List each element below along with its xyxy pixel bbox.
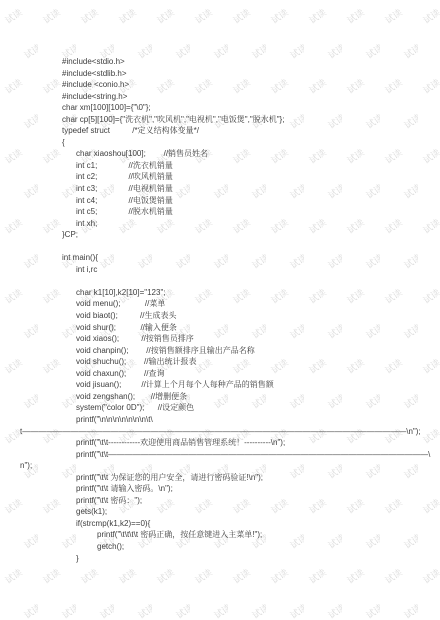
- code-line: void shur(); //输入便条: [20, 322, 438, 334]
- code-line: int c5; //脱水机销量: [20, 206, 438, 218]
- code-line: void shuchu(); //输出统计报表: [20, 356, 438, 368]
- code-line: int main(){: [20, 252, 438, 264]
- document-page: 试读 试读 #include<stdio.h>#include<stdlib.h…: [0, 0, 440, 620]
- code-line: [20, 241, 438, 253]
- code-line: void xiaos(); //按销售员排序: [20, 333, 438, 345]
- code-line: printf("\t\t\t\t 密码正确，按任意键进入主菜单!");: [20, 529, 438, 541]
- code-line: int c3; //电视机销量: [20, 183, 438, 195]
- code-line: printf("\t\t 密码：");: [20, 495, 438, 507]
- code-line: int i,rc: [20, 264, 438, 276]
- code-line: void zengshan(); //增删便条: [20, 391, 438, 403]
- code-line: printf("\t\t 请输入密码。\n");: [20, 483, 438, 495]
- code-line: #include <conio.h>: [20, 79, 438, 91]
- code-line: #include<string.h>: [20, 91, 438, 103]
- code-line: typedef struct /*定义结构体变量*/: [20, 125, 438, 137]
- code-line: }CP;: [20, 229, 438, 241]
- code-line: printf("\t\t————————————————————————————…: [20, 449, 438, 461]
- code-line: t———————————————————————————————————————…: [20, 426, 438, 438]
- code-line: #include<stdlib.h>: [20, 68, 438, 80]
- code-line: gets(k1);: [20, 506, 438, 518]
- code-line: char xiaoshou[100]; //销售员姓名: [20, 148, 438, 160]
- code-line: char cp[5][100]={"洗衣机","吹风机","电视机","电饭煲"…: [20, 114, 438, 126]
- code-listing: #include<stdio.h>#include<stdlib.h>#incl…: [20, 56, 438, 564]
- code-line: void chaxun(); //查询: [20, 368, 438, 380]
- code-line: }: [20, 553, 438, 565]
- code-line: system("color 0D"); //设定颜色: [20, 402, 438, 414]
- code-line: printf("\n\n\n\n\n\n\n\t\: [20, 414, 438, 426]
- code-line: #include<stdio.h>: [20, 56, 438, 68]
- code-line: char xm[100][100]={"\0"};: [20, 102, 438, 114]
- code-line: void jisuan(); //计算上个月每个人每种产品的销售额: [20, 379, 438, 391]
- code-line: char k1[10],k2[10]="123";: [20, 287, 438, 299]
- code-line: {: [20, 137, 438, 149]
- code-line: void biaot(); //生成表头: [20, 310, 438, 322]
- code-line: printf("\t\t 为保证您的用户安全，请进行密码验证!\n");: [20, 472, 438, 484]
- code-line: [20, 275, 438, 287]
- code-line: printf("\t\t------------欢迎使用商品销售管理系统！---…: [20, 437, 438, 449]
- code-line: if(strcmp(k1,k2)==0){: [20, 518, 438, 530]
- code-line: getch();: [20, 541, 438, 553]
- code-line: int xh;: [20, 218, 438, 230]
- code-line: int c1; //洗衣机销量: [20, 160, 438, 172]
- code-line: int c2; //吹风机销量: [20, 171, 438, 183]
- code-line: int c4; //电饭煲销量: [20, 195, 438, 207]
- code-line: void chanpin(); //按销售额排序且输出产品名称: [20, 345, 438, 357]
- code-line: void menu(); //菜单: [20, 298, 438, 310]
- code-line: n");: [20, 460, 438, 472]
